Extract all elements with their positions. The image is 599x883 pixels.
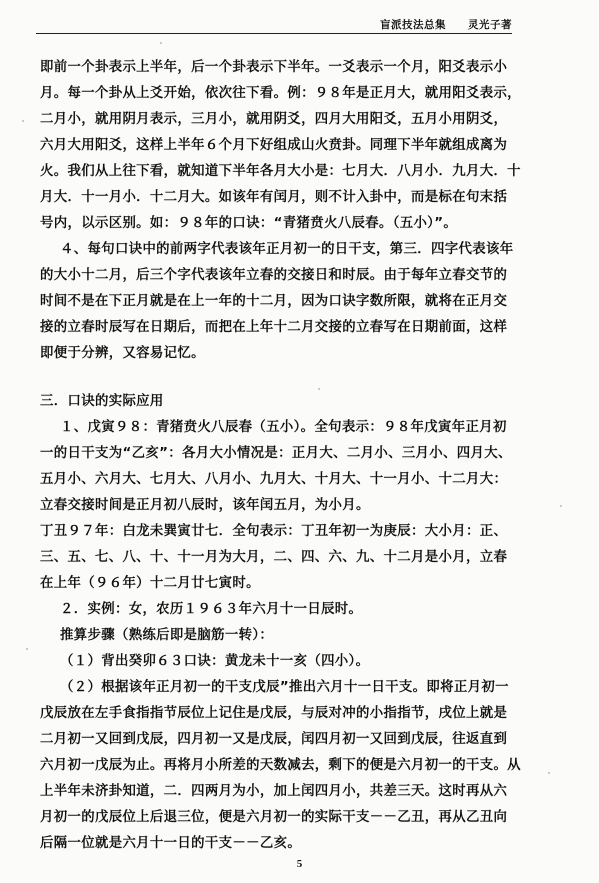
text-line: 推算步骤（熟练后即是脑筋一转）： [60, 627, 273, 645]
text-line: 五月小、六月大、七月大、八月小、九月大、十月大、十一月小、十二月大： [40, 471, 507, 489]
text-line: ４、每句口诀中的前两字代表该年正月初一的日干支，第三．四字代表该年 [60, 241, 513, 259]
text-line: 三、五、七、八、十、十一月为大月，二、四、六、九、十二月是小月，立春 [40, 549, 507, 567]
text-line: 在上年（９６年）十二月廿七寅时。 [40, 575, 260, 593]
text-line: 丁丑９７年：白龙未巽寅廿七．全句表示：丁丑年初一为庚辰：大小月：正、 [40, 523, 507, 541]
author: 灵光子著 [468, 19, 512, 31]
text-line: 二月初一又回到戊辰，四月初一又是戊辰，闰四月初一又回到戊辰，往返直到 [40, 731, 507, 749]
text-line: 戊辰放在左手食指指节辰位上记住是戊辰，与辰对冲的小指指节，戌位上就是 [40, 705, 507, 723]
header-title: 盲派技法总集灵光子著 [380, 17, 512, 32]
text-line: 火。我们从上往下看，就知道下半年各月大小是：七月大．八月小．九月大．十 [40, 163, 521, 181]
text-line: 后隔一位就是六月十一日的干支－－乙亥。 [40, 835, 301, 853]
text-line: 即前一个卦表示上半年，后一个卦表示下半年。一爻表示一个月，阳爻表示小 [40, 59, 507, 77]
text-line: 一的日干支为“乙亥”：各月大小情况是：正月大、二月小、三月小、四月大、 [40, 445, 512, 463]
page-number: 5 [0, 858, 599, 870]
text-line: 三．口诀的实际应用 [40, 393, 164, 411]
text-line: （２）根据该年正月初一的干支戊辰”推出六月十一日干支。即将正月初一 [60, 679, 509, 697]
text-line: （１）背出癸卯６３口诀：黄龙未十一亥（四小）。 [60, 653, 369, 671]
book-title: 盲派技法总集 [380, 19, 446, 31]
text-line: 时间不是在下正月就是在上一年的十二月，因为口诀字数所限，就将在正月交 [40, 293, 507, 311]
running-header: 盲派技法总集灵光子著 [36, 14, 512, 34]
text-line: ２．实例：女，农历１９６３年六月十一日辰时。 [60, 601, 362, 619]
text-line: 月大．十一月小．十二月大。如该年有闰月，则不计入卦中，而是标在句末括 [40, 189, 507, 207]
text-line: 六月大用阳爻，这样上半年６个月下好组成山火贲卦。同理下半年就组成离为 [40, 137, 507, 155]
text-line: 的大小十二月，后三个字代表该年立春的交接日和时辰。由于每年立春交节的 [40, 267, 507, 285]
text-line: 立春交接时间是正月初八辰时，该年闰五月，为小月。 [40, 497, 370, 515]
text-line: 上半年未济卦知道，二．四两月为小，加上闰四月小，共差三天。这时再从六 [40, 783, 507, 801]
text-line: 接的立春时辰写在日期后，而把在上年十二月交接的立春写在日期前面，这样 [40, 319, 507, 337]
text-line: 即便于分辨，又容易记忆。 [40, 345, 205, 363]
text-line: １、戊寅９８：青猪贲火八辰春（五小）。全句表示：９８年戊寅年正月初 [60, 419, 507, 437]
text-line: 二月小，就用阴月表示，三月小，就用阴爻，四月大用阳爻，五月小用阴爻， [40, 111, 507, 129]
text-line: 月初一的戊辰位上后退三位，便是六月初一的实际干支－－乙丑，再从乙丑向 [40, 809, 507, 827]
text-line: 月。每一个卦从上爻开始，依次往下看。例：９８年是正月大，就用阳爻表示， [40, 85, 521, 103]
text-line: 号内，以示区别。如：９８年的口诀：“青猪贲火八辰春。（五小）”。 [40, 215, 457, 233]
text-line: 六月初一戊辰为止。再将月小所差的天数减去，剩下的便是六月初一的干支。从 [40, 757, 521, 775]
